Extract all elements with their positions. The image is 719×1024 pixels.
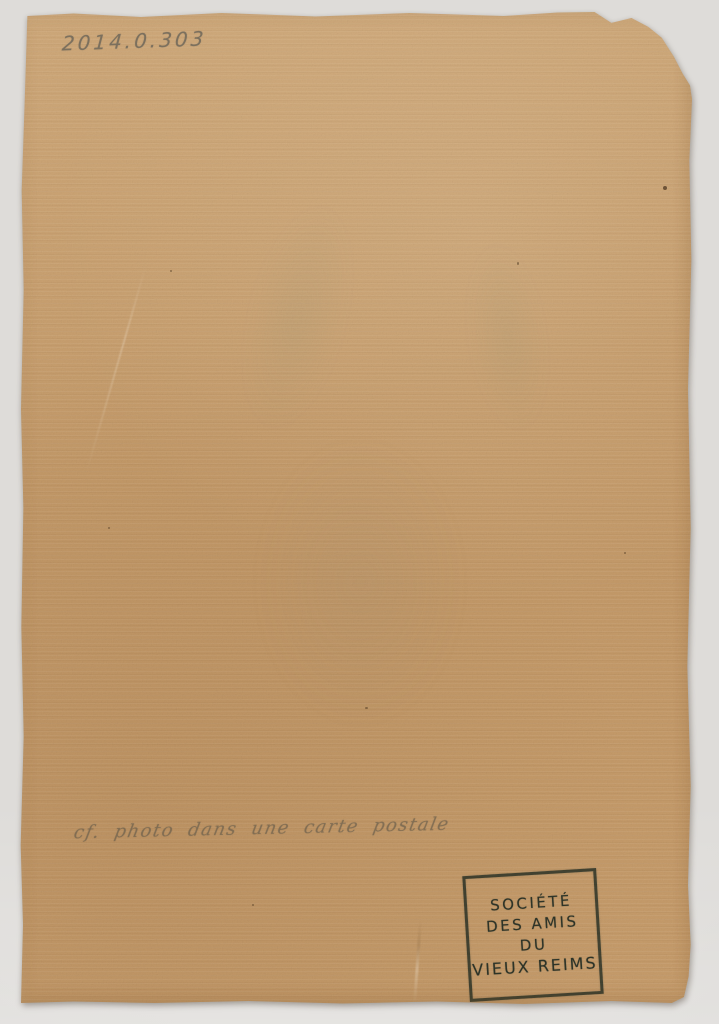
paper-crease	[413, 920, 422, 1004]
paper-sheet-wrapper: 2014.0.303 cf. photo dans une carte post…	[20, 12, 692, 1004]
stamp-line-des-amis: DES AMIS	[486, 912, 579, 936]
ghost-show-through-mark	[224, 194, 372, 440]
ghost-show-through-mark	[457, 238, 558, 437]
paper-grain-texture	[20, 12, 692, 1004]
paper-speck	[663, 186, 667, 190]
paper-speck	[624, 552, 626, 554]
stamp-line-vieux-reims: VIEUX REIMS	[472, 953, 598, 980]
paper-speck	[252, 904, 254, 906]
pencil-note-inscription: cf. photo dans une carte postale	[72, 814, 452, 844]
stamp-line-societe: SOCIÉTÉ	[490, 892, 573, 915]
kraft-paper-sheet: 2014.0.303 cf. photo dans une carte post…	[20, 12, 692, 1004]
inventory-number-inscription: 2014.0.303	[61, 26, 207, 55]
paper-scratch	[85, 266, 146, 473]
collection-stamp: SOCIÉTÉ DES AMIS DU VIEUX REIMS	[462, 868, 603, 1002]
scan-background: 2014.0.303 cf. photo dans une carte post…	[0, 0, 719, 1024]
paper-speck	[517, 262, 519, 265]
paper-speck	[365, 707, 368, 709]
paper-speck	[108, 527, 110, 529]
paper-speck	[170, 270, 172, 272]
ghost-show-through-mark	[255, 437, 465, 727]
stamp-line-du: DU	[519, 935, 548, 955]
